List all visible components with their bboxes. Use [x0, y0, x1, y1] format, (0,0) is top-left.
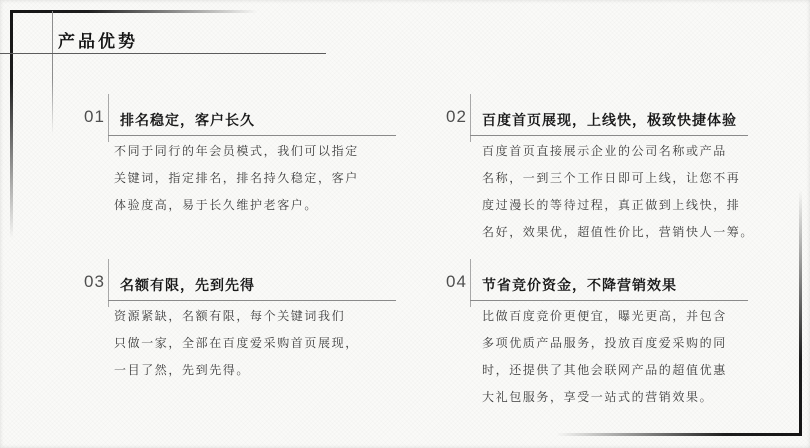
section-body: 比做百度竞价更便宜，曝光更高，并包含 多项优质产品服务，投放百度爱采购的同 时，…	[482, 303, 727, 411]
section-body: 资源紧缺，名额有限，每个关键词我们 只做一家，全部在百度爱采购首页展现， 一目了…	[114, 303, 359, 384]
section-heading: 节省竞价资金，不降营销效果	[482, 275, 677, 295]
frame-left-line	[10, 10, 13, 248]
body-line: 大礼包服务，享受一站式的营销效果。	[482, 384, 727, 411]
body-line: 时，还提供了其他会联网产品的超值优惠	[482, 357, 727, 384]
section-number: 01	[84, 107, 105, 127]
section-number: 03	[84, 272, 105, 292]
section-number: 02	[446, 107, 467, 127]
body-line: 一目了然，先到先得。	[114, 357, 359, 384]
section-underline-rule	[108, 135, 396, 136]
section-underline-rule	[470, 300, 748, 301]
body-line: 度过漫长的等待过程，真正做到上线快，排	[482, 192, 754, 219]
body-line: 只做一家，全部在百度爱采购首页展现，	[114, 330, 359, 357]
section-heading: 百度首页展现，上线快，极致快捷体验	[482, 110, 737, 130]
body-line: 体验度高，易于长久维护老客户。	[114, 192, 359, 219]
body-line: 名称，一到三个工作日即可上线，让您不再	[482, 165, 754, 192]
section-body: 百度首页直接展示企业的公司名称或产品 名称，一到三个工作日即可上线，让您不再 度…	[482, 138, 754, 246]
frame-bottom-line	[546, 433, 802, 436]
body-line: 不同于同行的年会员模式，我们可以指定	[114, 138, 359, 165]
section-body: 不同于同行的年会员模式，我们可以指定 关键词，指定排名，排名持久稳定，客户 体验…	[114, 138, 359, 219]
section-heading: 排名稳定，客户长久	[120, 110, 255, 130]
title-underline-rule	[0, 53, 326, 54]
body-line: 关键词，指定排名，排名持久稳定，客户	[114, 165, 359, 192]
section-heading: 名额有限，先到先得	[120, 275, 255, 295]
body-line: 名好，效果优，超值性价比，营销快人一筹。	[482, 219, 754, 246]
page-title: 产品优势	[58, 27, 138, 52]
slide: 产品优势 01 排名稳定，客户长久 不同于同行的年会员模式，我们可以指定 关键词…	[0, 0, 810, 448]
body-line: 资源紧缺，名额有限，每个关键词我们	[114, 303, 359, 330]
frame-right-line	[799, 180, 802, 436]
body-line: 比做百度竞价更便宜，曝光更高，并包含	[482, 303, 727, 330]
section-underline-rule	[470, 135, 748, 136]
section-number: 04	[446, 272, 467, 292]
frame-top-line	[10, 10, 268, 13]
title-vertical-rule	[52, 11, 53, 135]
section-underline-rule	[108, 300, 396, 301]
body-line: 多项优质产品服务，投放百度爱采购的同	[482, 330, 727, 357]
body-line: 百度首页直接展示企业的公司名称或产品	[482, 138, 754, 165]
